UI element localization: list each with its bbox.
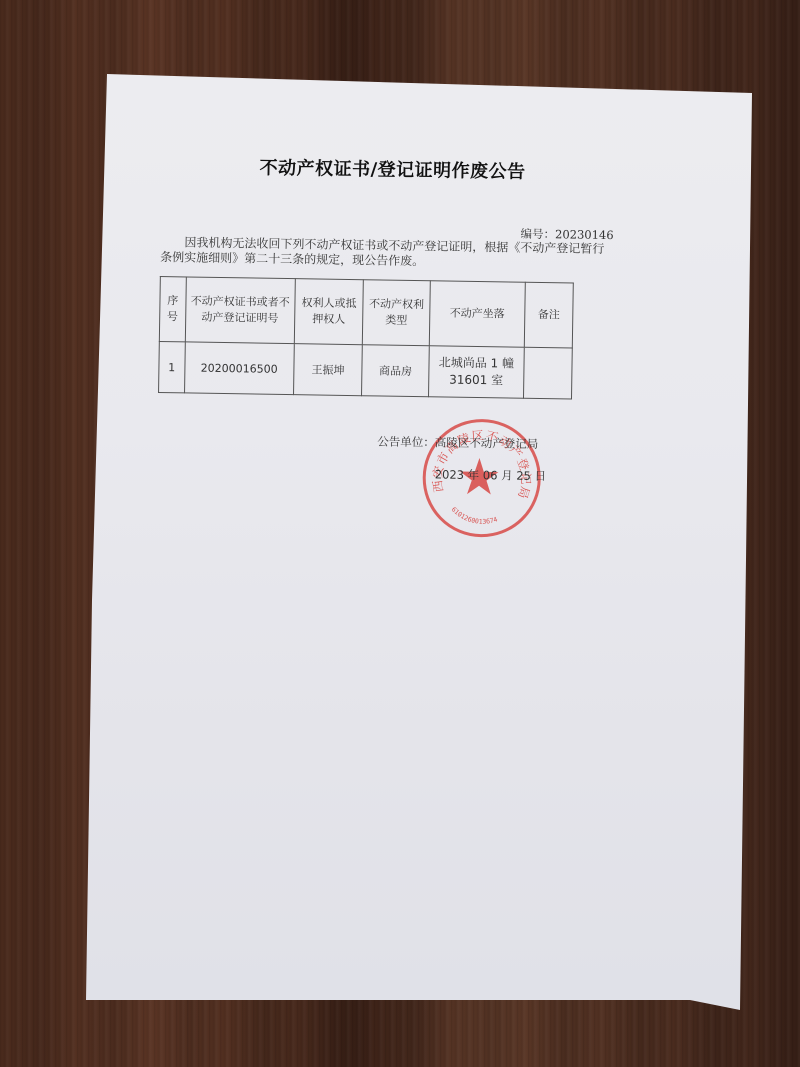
cell-note xyxy=(523,347,572,399)
issuer-line: 公告单位：高陵区不动产登记局 xyxy=(377,433,538,452)
cell-index: 1 xyxy=(159,342,185,393)
cell-location: 北城尚品 1 幢 31601 室 xyxy=(428,346,524,398)
header-holder: 权利人或抵押权人 xyxy=(294,279,363,345)
document-number-label: 编号： xyxy=(520,227,555,242)
header-certificate-no: 不动产权证书或者不动产登记证明号 xyxy=(185,277,295,344)
table-row: 1 20200016500 王振坤 商品房 北城尚品 1 幢 31601 室 xyxy=(159,342,573,399)
cell-certificate-no: 20200016500 xyxy=(184,342,294,395)
header-location: 不动产坐落 xyxy=(429,281,525,347)
voided-certificates-table: 序号 不动产权证书或者不动产登记证明号 权利人或抵押权人 不动产权利类型 不动产… xyxy=(158,276,574,399)
issuer-name: 高陵区不动产登记局 xyxy=(435,435,539,451)
header-note: 备注 xyxy=(524,282,573,348)
table-header-row: 序号 不动产权证书或者不动产登记证明号 权利人或抵押权人 不动产权利类型 不动产… xyxy=(159,277,573,348)
svg-text:6101260013674: 6101260013674 xyxy=(450,505,499,526)
issuer-label: 公告单位： xyxy=(377,434,435,449)
notice-date: 2023 年 06 月 25 日 xyxy=(435,466,547,484)
header-right-type: 不动产权利类型 xyxy=(363,280,430,346)
document-title: 不动产权证书/登记证明作废公告 xyxy=(259,154,559,185)
header-index: 序号 xyxy=(159,277,186,342)
seal-code: 6101260013674 xyxy=(450,505,499,526)
cell-right-type: 商品房 xyxy=(362,345,429,397)
cell-holder: 王振坤 xyxy=(293,344,362,396)
document-number-value: 20230146 xyxy=(555,227,614,242)
